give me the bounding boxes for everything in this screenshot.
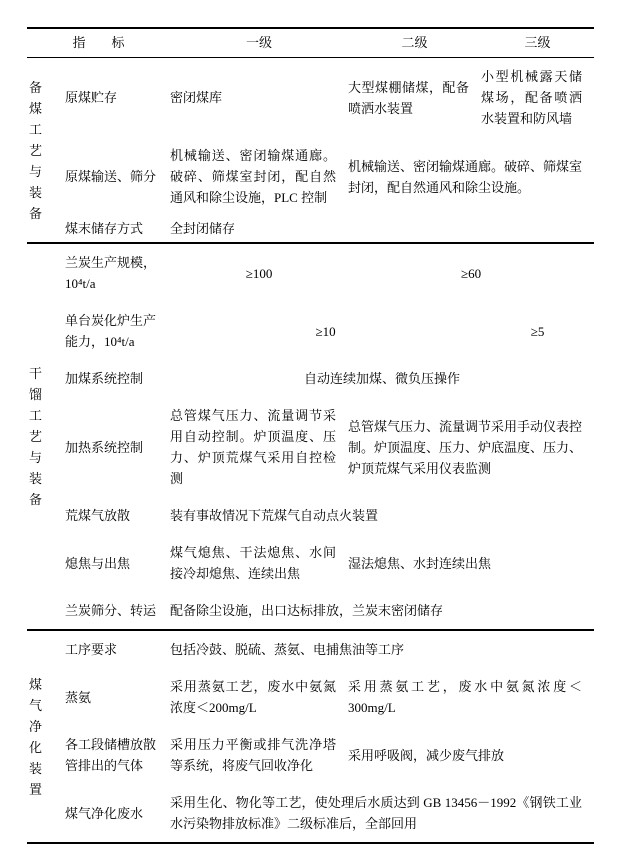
grading-criteria-table: 指 标 一级 二级 三级 备煤工艺与装备 原煤贮存 密闭煤库 大型煤棚储煤，配备… [27, 27, 594, 844]
group-label-gas-purification: 煤气净化装置 [27, 630, 65, 843]
indicator-cell: 兰炭筛分、转运 [65, 592, 170, 630]
indicator-cell: 荒煤气放散 [65, 497, 170, 534]
indicator-cell: 煤末储存方式 [65, 216, 170, 243]
level2-3-cell: 湿法熄焦、水封连续出焦 [348, 534, 594, 592]
indicator-cell: 原煤输送、筛分 [65, 137, 170, 216]
indicator-cell: 熄焦与出焦 [65, 534, 170, 592]
indicator-cell: 加热系统控制 [65, 397, 170, 497]
level2-3-cell: 采用呼吸阀，减少废气排放 [348, 726, 594, 784]
level3-cell: 小型机械露天储煤场，配备喷洒水装置和防风墙 [481, 58, 594, 138]
header-level3: 三级 [481, 28, 594, 58]
table-row: 干馏工艺与装备 兰炭生产规模，10⁴t/a ≥100 ≥60 [27, 243, 594, 302]
header-level1: 一级 [170, 28, 348, 58]
level1-3-cell: 自动连续加煤、微负压操作 [170, 360, 594, 397]
level1-cell: 密闭煤库 [170, 58, 348, 138]
table-row: 煤气净化装置 工序要求 包括冷鼓、脱硫、蒸氨、电捕焦油等工序 [27, 630, 594, 668]
level1-cell: 机械输送、密闭输煤通廊。破碎、筛煤室封闭，配自然通风和除尘设施，PLC 控制 [170, 137, 348, 216]
level1-3-cell: 配备除尘设施，出口达标排放，兰炭末密闭储存 [170, 592, 594, 630]
level1-cell: 采用压力平衡或排气洗净塔等系统，将废气回收净化 [170, 726, 348, 784]
group-label-text: 干馏工艺与装备 [29, 363, 44, 510]
table-row: 煤气净化废水 采用生化、物化等工艺，使处理后水质达到 GB 13456－1992… [27, 784, 594, 843]
indicator-cell: 兰炭生产规模，10⁴t/a [65, 243, 170, 302]
header-row: 指 标 一级 二级 三级 [27, 28, 594, 58]
group-label-carbonization: 干馏工艺与装备 [27, 243, 65, 630]
table-row: 加煤系统控制 自动连续加煤、微负压操作 [27, 360, 594, 397]
table-row: 煤末储存方式 全封闭储存 [27, 216, 594, 243]
level2-3-cell: ≥60 [348, 243, 594, 302]
level2-cell: 大型煤棚储煤，配备喷洒水装置 [348, 58, 481, 138]
indicator-cell: 煤气净化废水 [65, 784, 170, 843]
level1-3-cell: 全封闭储存 [170, 216, 594, 243]
level1-cell: 总管煤气压力、流量调节采用自动控制。炉顶温度、压力、炉顶荒煤气采用自控检测 [170, 397, 348, 497]
level3-cell: ≥5 [481, 302, 594, 360]
header-indicator: 指 标 [27, 28, 170, 58]
header-level2: 二级 [348, 28, 481, 58]
table-row: 熄焦与出焦 煤气熄焦、干法熄焦、水间接冷却熄焦、连续出焦 湿法熄焦、水封连续出焦 [27, 534, 594, 592]
table-row: 各工段储槽放散管排出的气体 采用压力平衡或排气洗净塔等系统，将废气回收净化 采用… [27, 726, 594, 784]
level2-3-cell: 采用蒸氨工艺，废水中氨氮浓度＜300mg/L [348, 668, 594, 726]
indicator-cell: 各工段储槽放散管排出的气体 [65, 726, 170, 784]
group-label-coal-preparation: 备煤工艺与装备 [27, 58, 65, 244]
indicator-cell: 原煤贮存 [65, 58, 170, 138]
table-row: 单台炭化炉生产能力，10⁴t/a ≥10 ≥5 [27, 302, 594, 360]
level2-3-cell: 总管煤气压力、流量调节采用手动仪表控制。炉顶温度、压力、炉底温度、压力、炉顶荒煤… [348, 397, 594, 497]
table-row: 加热系统控制 总管煤气压力、流量调节采用自动控制。炉顶温度、压力、炉顶荒煤气采用… [27, 397, 594, 497]
group-label-text: 备煤工艺与装备 [29, 77, 44, 224]
table-row: 蒸氨 采用蒸氨工艺，废水中氨氮浓度＜200mg/L 采用蒸氨工艺，废水中氨氮浓度… [27, 668, 594, 726]
indicator-cell: 工序要求 [65, 630, 170, 668]
level1-3-cell: 包括冷鼓、脱硫、蒸氨、电捕焦油等工序 [170, 630, 594, 668]
level1-cell: 采用蒸氨工艺，废水中氨氮浓度＜200mg/L [170, 668, 348, 726]
table-row: 荒煤气放散 装有事故情况下荒煤气自动点火装置 [27, 497, 594, 534]
level1-2-cell: ≥10 [170, 302, 481, 360]
group-label-text: 煤气净化装置 [29, 674, 44, 800]
level1-3-cell: 采用生化、物化等工艺，使处理后水质达到 GB 13456－1992《钢铁工业水污… [170, 784, 594, 843]
indicator-cell: 加煤系统控制 [65, 360, 170, 397]
level2-3-cell: 机械输送、密闭输煤通廊。破碎、筛煤室封闭，配自然通风和除尘设施。 [348, 137, 594, 216]
indicator-cell: 单台炭化炉生产能力，10⁴t/a [65, 302, 170, 360]
table-row: 原煤输送、筛分 机械输送、密闭输煤通廊。破碎、筛煤室封闭，配自然通风和除尘设施，… [27, 137, 594, 216]
level1-cell: ≥100 [170, 243, 348, 302]
level1-3-cell: 装有事故情况下荒煤气自动点火装置 [170, 497, 594, 534]
table-row: 兰炭筛分、转运 配备除尘设施，出口达标排放，兰炭末密闭储存 [27, 592, 594, 630]
indicator-cell: 蒸氨 [65, 668, 170, 726]
document-page: 指 标 一级 二级 三级 备煤工艺与装备 原煤贮存 密闭煤库 大型煤棚储煤，配备… [0, 0, 621, 862]
level1-cell: 煤气熄焦、干法熄焦、水间接冷却熄焦、连续出焦 [170, 534, 348, 592]
table-row: 备煤工艺与装备 原煤贮存 密闭煤库 大型煤棚储煤，配备喷洒水装置 小型机械露天储… [27, 58, 594, 138]
